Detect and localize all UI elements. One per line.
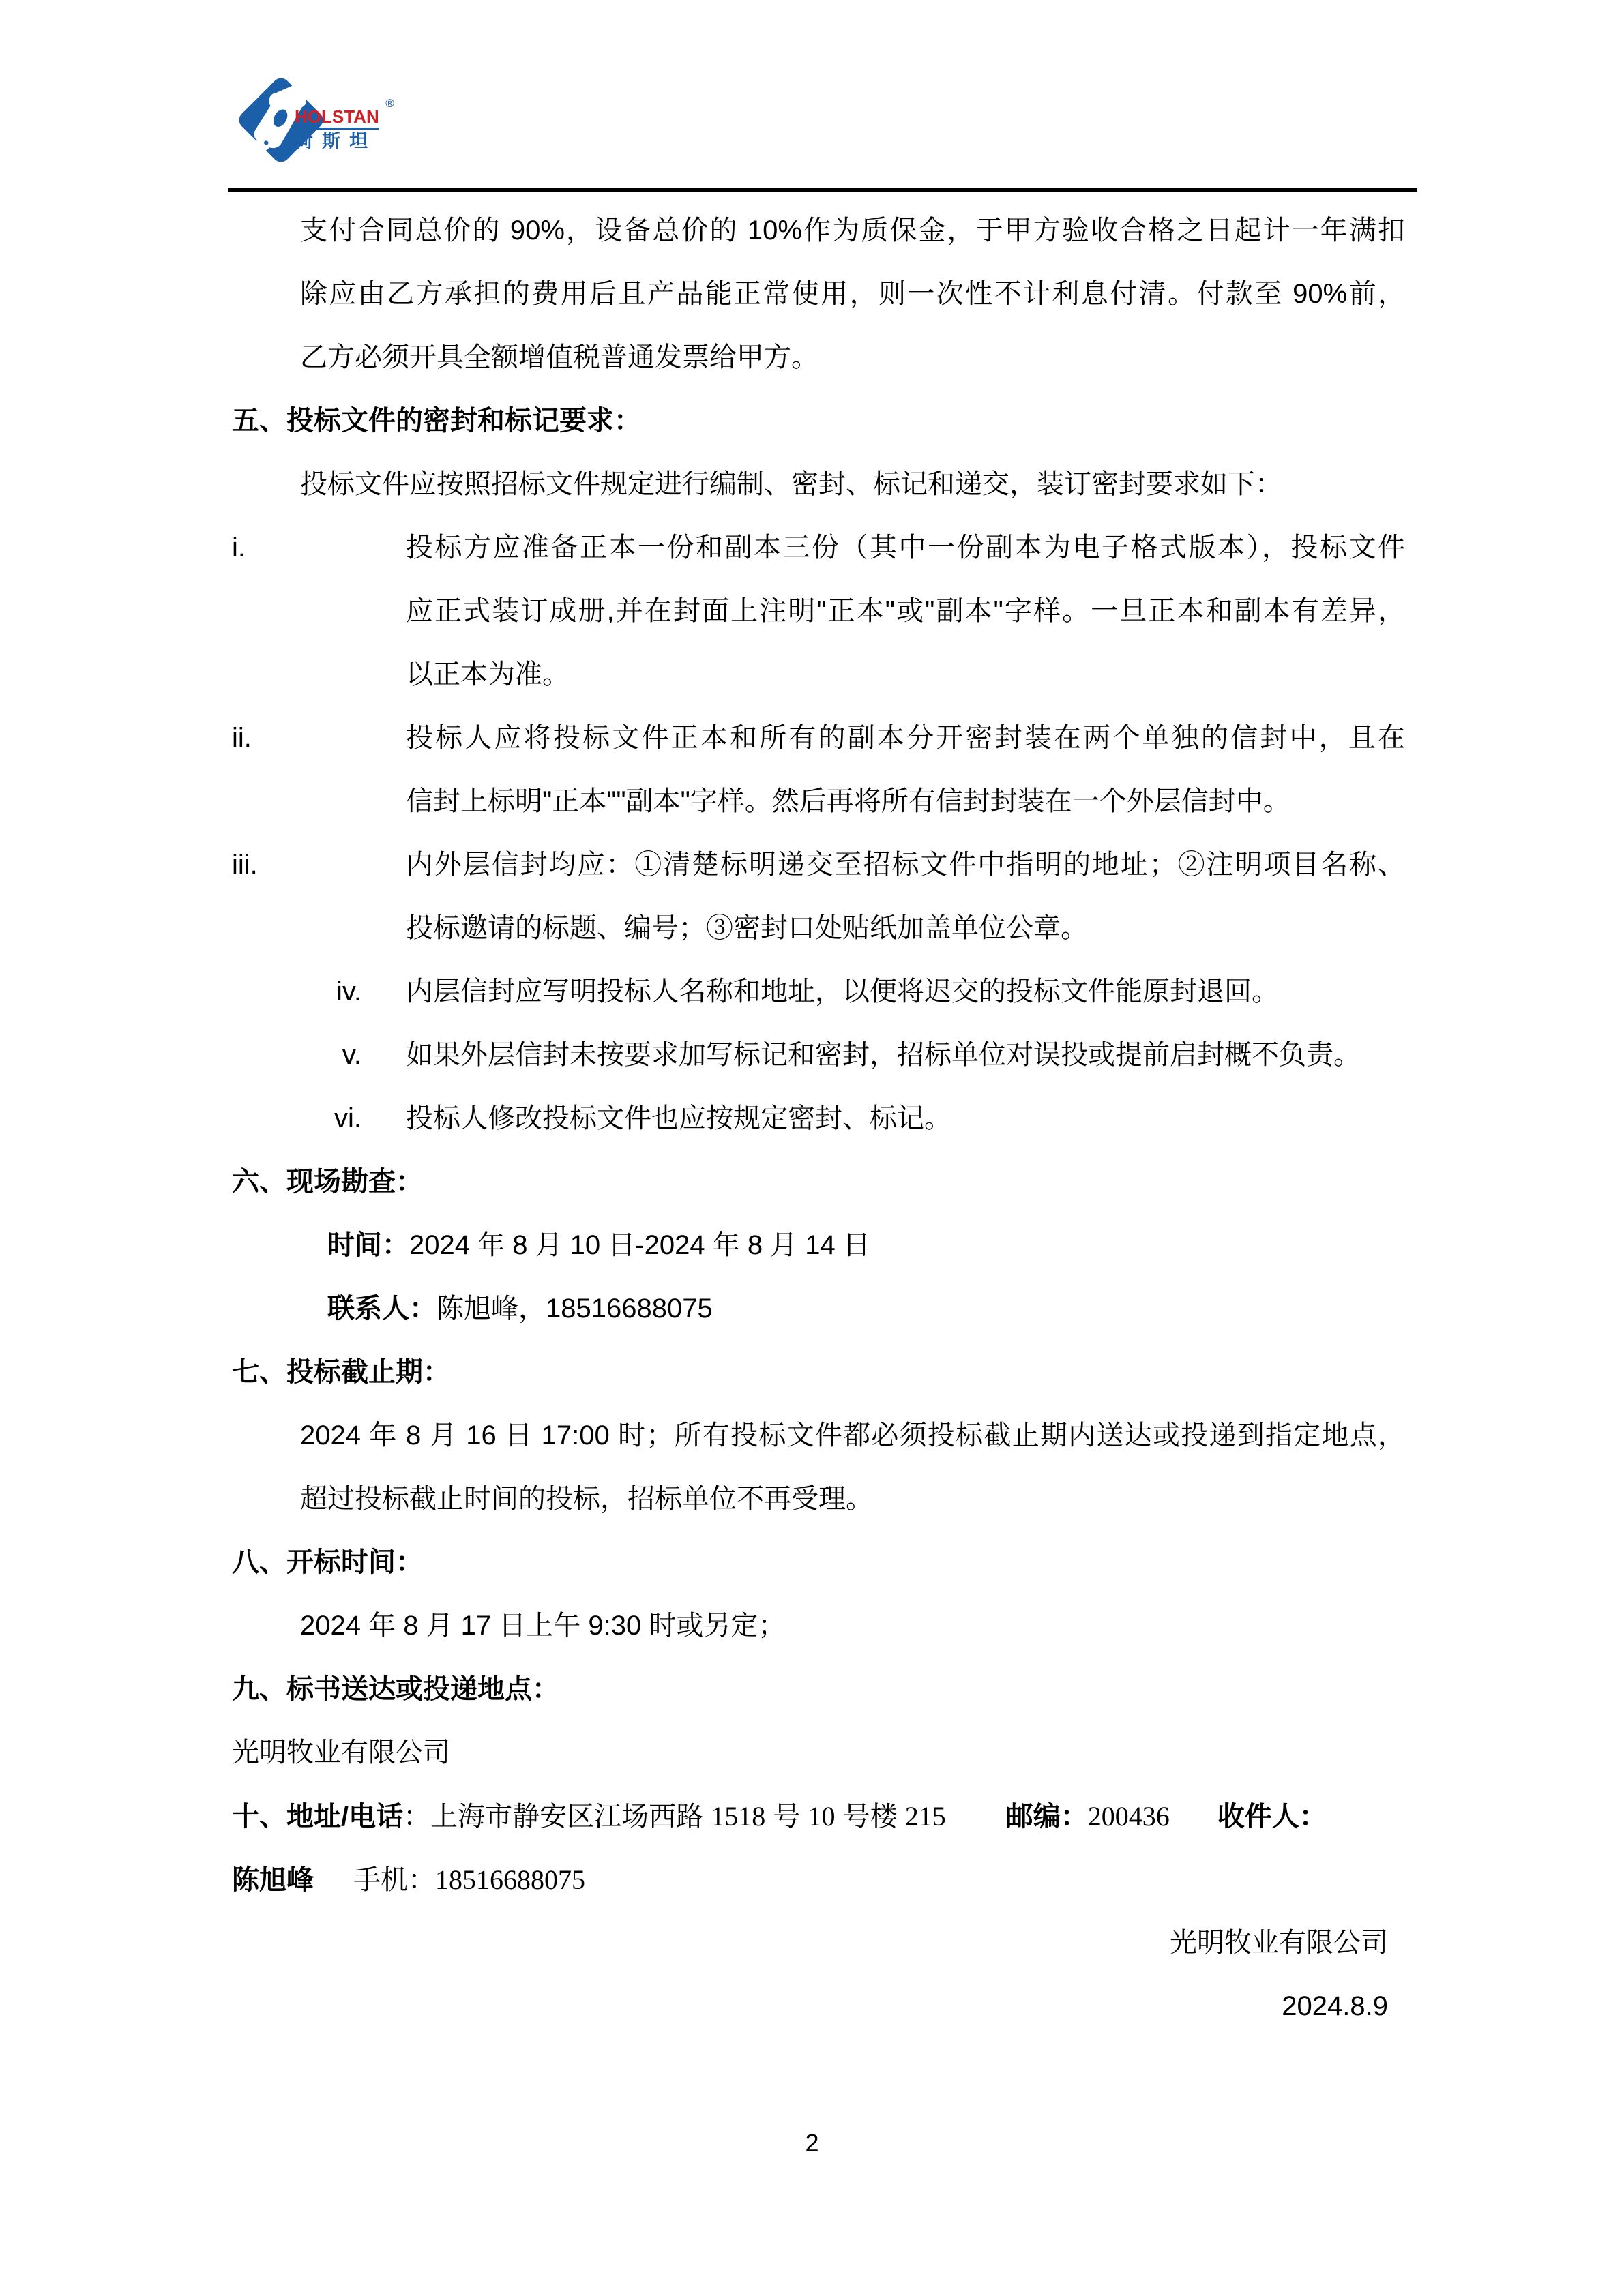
list-numeral-iv: iv.: [232, 960, 361, 1024]
list-item-ii-line-1: ii.投标人应将投标文件正本和所有的副本分开密封装在两个单独的信封中，且在: [232, 706, 1405, 770]
recipient-label: 收件人：: [1217, 1802, 1327, 1832]
payment-line-1: 支付合同总价的 90%，设备总价的 10%作为质保金，于甲方验收合格之日起计一年…: [232, 199, 1405, 263]
signature-company: 光明牧业有限公司: [232, 1911, 1405, 1975]
list-item-iii-line-1: iii.内外层信封均应：①清楚标明递交至招标文件中指明的地址；②注明项目名称、: [232, 833, 1405, 897]
address-building-number: 10: [808, 1801, 835, 1832]
logo-brand-en: HOLSTAN: [295, 106, 379, 130]
signature-date: 2024.8.9: [232, 1975, 1405, 2038]
payment-line-2: 除应由乙方承担的费用后且产品能正常使用，则一次性不计利息付清。付款至 90%前，: [232, 263, 1405, 326]
zip-label: 邮编：: [1006, 1802, 1088, 1832]
address-room-text: 号楼: [835, 1802, 904, 1832]
mobile-label: 手机：: [353, 1864, 435, 1895]
mobile-value: 18516688075: [435, 1864, 585, 1895]
section-7-heading: 七、投标截止期：: [232, 1341, 1405, 1404]
company-logo: HOLSTAN ® 荷斯坦: [235, 68, 453, 170]
list-item-i-line-2: 应正式装订成册,并在封面上注明"正本"或"副本"字样。一旦正本和副本有差异，: [232, 580, 1405, 643]
list-item-text: 内层信封应写明投标人名称和地址，以便将迟交的投标文件能原封退回。: [406, 976, 1279, 1007]
list-item-v: v.如果外层信封未按要求加写标记和密封，招标单位对误投或提前启封概不负责。: [232, 1024, 1405, 1087]
list-numeral-ii: ii.: [232, 706, 361, 770]
list-item-i-line-1: i.投标方应准备正本一份和副本三份（其中一份副本为电子格式版本），投标文件: [232, 516, 1405, 580]
address-unit-text: 号: [765, 1802, 808, 1832]
document-page: HOLSTAN ® 荷斯坦 支付合同总价的 90%，设备总价的 10%作为质保金…: [0, 0, 1624, 2296]
section-9-heading: 九、标书送达或投递地点：: [232, 1658, 1405, 1721]
time-label: 时间：: [327, 1230, 409, 1260]
logo-text: HOLSTAN ® 荷斯坦: [295, 106, 379, 152]
list-item-vi: vi.投标人修改投标文件也应按规定密封、标记。: [232, 1087, 1405, 1150]
zip-value: 200436: [1088, 1801, 1170, 1832]
contact-value: 陈旭峰，18516688075: [437, 1294, 713, 1324]
header-divider: [228, 188, 1417, 192]
list-item-text: 投标方应准备正本一份和副本三份（其中一份副本为电子格式版本），投标文件: [406, 533, 1405, 563]
list-numeral-vi: vi.: [232, 1087, 361, 1150]
list-numeral-iii: iii.: [232, 833, 361, 897]
list-numeral-v: v.: [232, 1024, 361, 1087]
section-8-heading: 八、开标时间：: [232, 1531, 1405, 1594]
registered-trademark-icon: ®: [385, 97, 394, 110]
deadline-line-1: 2024 年 8 月 16 日 17:00 时；所有投标文件都必须投标截止期内送…: [232, 1404, 1405, 1467]
bid-opening-line: 2024 年 8 月 17 日上午 9:30 时或另定；: [232, 1594, 1405, 1658]
list-numeral-i: i.: [232, 516, 361, 580]
section-5-heading: 五、投标文件的密封和标记要求：: [232, 389, 1405, 453]
site-visit-contact-line: 联系人：陈旭峰，18516688075: [232, 1277, 1405, 1341]
address-colon: ：: [403, 1802, 430, 1832]
list-item-text: 内外层信封均应：①清楚标明递交至招标文件中指明的地址；②注明项目名称、: [406, 850, 1405, 880]
address-street: 上海市静安区江场西路: [430, 1802, 711, 1832]
delivery-company: 光明牧业有限公司: [232, 1721, 1405, 1785]
list-item-text: 投标人修改投标文件也应按规定密封、标记。: [406, 1103, 951, 1133]
site-visit-time-line: 时间：2024 年 8 月 10 日-2024 年 8 月 14 日: [232, 1214, 1405, 1277]
section-10-heading: 十、地址/电话: [232, 1802, 403, 1832]
deadline-line-2: 超过投标截止时间的投标，招标单位不再受理。: [232, 1467, 1405, 1531]
recipient-name: 陈旭峰: [232, 1865, 314, 1895]
list-item-iii-line-2: 投标邀请的标题、编号；③密封口处贴纸加盖单位公章。: [232, 897, 1405, 960]
list-item-text: 如果外层信封未按要求加写标记和密封，招标单位对误投或提前启封概不负责。: [406, 1040, 1361, 1070]
list-item-text: 投标人应将投标文件正本和所有的副本分开密封装在两个单独的信封中，且在: [406, 723, 1405, 753]
page-number: 2: [0, 2126, 1624, 2160]
section-5-intro: 投标文件应按照招标文件规定进行编制、密封、标记和递交，装订密封要求如下：: [232, 453, 1405, 516]
logo-brand-zh: 荷斯坦: [295, 130, 379, 152]
contact-label: 联系人：: [327, 1294, 437, 1324]
list-item-iv: iv.内层信封应写明投标人名称和地址，以便将迟交的投标文件能原封退回。: [232, 960, 1405, 1024]
address-line: 十、地址/电话：上海市静安区江场西路 1518 号 10 号楼 215邮编：20…: [232, 1785, 1405, 1848]
list-item-i-line-3: 以正本为准。: [232, 643, 1405, 706]
time-value: 2024 年 8 月 10 日-2024 年 8 月 14 日: [409, 1230, 870, 1260]
section-6-heading: 六、现场勘查：: [232, 1150, 1405, 1214]
document-body: 支付合同总价的 90%，设备总价的 10%作为质保金，于甲方验收合格之日起计一年…: [232, 199, 1405, 2038]
list-item-ii-line-2: 信封上标明"正本""副本"字样。然后再将所有信封封装在一个外层信封中。: [232, 770, 1405, 833]
address-street-number: 1518: [711, 1801, 765, 1832]
payment-line-3: 乙方必须开具全额增值税普通发票给甲方。: [232, 326, 1405, 389]
recipient-line: 陈旭峰手机：18516688075: [232, 1848, 1405, 1911]
address-room-number: 215: [905, 1801, 946, 1832]
